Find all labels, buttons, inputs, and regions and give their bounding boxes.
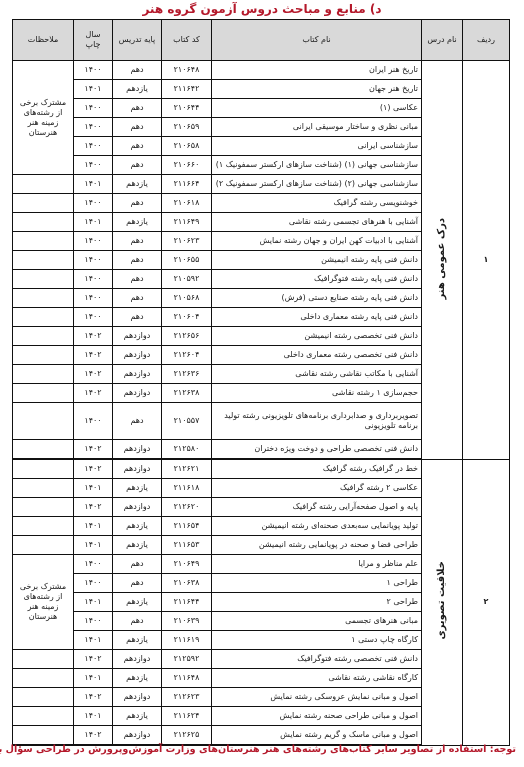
book-print-year: ۱۴۰۰: [74, 270, 113, 289]
book-code: ۲۱۰۶۵۵: [162, 251, 212, 270]
book-code: ۲۱۱۶۴۹: [162, 213, 212, 232]
book-print-year: ۱۴۰۲: [74, 384, 113, 403]
notes-cell-empty: [13, 346, 74, 365]
row-number: ۱: [463, 61, 510, 460]
book-print-year: ۱۴۰۰: [74, 289, 113, 308]
book-print-year: ۱۴۰۱: [74, 175, 113, 194]
book-grade: یازدهم: [113, 669, 162, 688]
book-print-year: ۱۴۰۱: [74, 517, 113, 536]
book-name: مبانی هنرهای تجسمی: [212, 612, 422, 631]
book-print-year: ۱۴۰۰: [74, 574, 113, 593]
notes-cell-empty: [13, 536, 74, 555]
book-print-year: ۱۴۰۰: [74, 308, 113, 327]
book-name: دانش فنی تخصصی رشته انیمیشن: [212, 327, 422, 346]
header-grade: پایه تدریس: [113, 20, 162, 61]
subject-name: خلاقیت تصویری: [437, 561, 447, 640]
book-grade: یازدهم: [113, 517, 162, 536]
book-print-year: ۱۴۰۱: [74, 669, 113, 688]
notes-cell-empty: [13, 650, 74, 669]
book-grade: دهم: [113, 156, 162, 175]
notes-cell-empty: [13, 669, 74, 688]
book-grade: دهم: [113, 555, 162, 574]
book-print-year: ۱۴۰۰: [74, 555, 113, 574]
table-body: ۱درک عمومی هنرتاریخ هنر ایران۲۱۰۶۴۸دهم۱۴…: [13, 61, 510, 746]
book-print-year: ۱۴۰۲: [74, 327, 113, 346]
notes-cell-empty: [13, 384, 74, 403]
book-name: اصول و مبانی طراحی صحنه رشته نمایش: [212, 707, 422, 726]
book-name: پایه و اصول صفحه‌آرایی رشته گرافیک: [212, 498, 422, 517]
book-name: علم مناظر و مرایا: [212, 555, 422, 574]
book-print-year: ۱۴۰۲: [74, 726, 113, 746]
book-grade: دهم: [113, 612, 162, 631]
book-print-year: ۱۴۰۰: [74, 612, 113, 631]
book-name: طراحی ۱: [212, 574, 422, 593]
notes-cell: مشترک برخی از رشته‌های زمینه هنر هنرستان: [13, 555, 74, 650]
book-code: ۲۱۱۶۴۴: [162, 593, 212, 612]
book-print-year: ۱۴۰۰: [74, 232, 113, 251]
notes-cell-empty: [13, 194, 74, 213]
book-grade: دهم: [113, 194, 162, 213]
book-grade: دوازدهم: [113, 365, 162, 384]
book-print-year: ۱۴۰۲: [74, 459, 113, 479]
book-print-year: ۱۴۰۰: [74, 156, 113, 175]
book-grade: دهم: [113, 574, 162, 593]
book-name: طراحی ۲: [212, 593, 422, 612]
book-code: ۲۱۰۶۰۴: [162, 308, 212, 327]
book-code: ۲۱۰۵۹۲: [162, 270, 212, 289]
book-code: ۲۱۲۶۲۰: [162, 498, 212, 517]
book-print-year: ۱۴۰۲: [74, 346, 113, 365]
book-print-year: ۱۴۰۰: [74, 403, 113, 440]
notes-cell-empty: [13, 270, 74, 289]
book-code: ۲۱۲۶۳۶: [162, 365, 212, 384]
notes-cell-empty: [13, 251, 74, 270]
book-grade: دهم: [113, 289, 162, 308]
book-grade: دهم: [113, 232, 162, 251]
book-code: ۲۱۲۶۵۶: [162, 327, 212, 346]
book-code: ۲۱۲۶۰۴: [162, 346, 212, 365]
book-print-year: ۱۴۰۲: [74, 365, 113, 384]
book-grade: دهم: [113, 99, 162, 118]
notes-cell-empty: [13, 459, 74, 479]
book-code: ۲۱۱۶۲۴: [162, 707, 212, 726]
row-number: ۲: [463, 459, 510, 745]
book-grade: یازدهم: [113, 707, 162, 726]
book-grade: یازدهم: [113, 631, 162, 650]
table-row: ۲خلاقیت تصویریخط در گرافیک رشته گرافیک۲۱…: [13, 459, 510, 479]
book-print-year: ۱۴۰۱: [74, 707, 113, 726]
book-grade: دهم: [113, 137, 162, 156]
notes-cell-empty: [13, 213, 74, 232]
book-code: ۲۱۰۶۵۹: [162, 118, 212, 137]
book-grade: دوازدهم: [113, 726, 162, 746]
book-code: ۲۱۰۶۳۹: [162, 612, 212, 631]
header-book-name: نام کتاب: [212, 20, 422, 61]
book-name: تاریخ هنر جهان: [212, 80, 422, 99]
notes-cell-empty: [13, 232, 74, 251]
book-code: ۲۱۱۶۵۴: [162, 517, 212, 536]
notes-cell-empty: [13, 707, 74, 726]
art-exam-sources-table: ردیف نام درس نام کتاب کد کتاب پایه تدریس…: [12, 19, 510, 746]
book-name: تاریخ هنر ایران: [212, 61, 422, 80]
book-code: ۲۱۲۶۳۸: [162, 384, 212, 403]
book-print-year: ۱۴۰۲: [74, 688, 113, 707]
book-grade: یازدهم: [113, 593, 162, 612]
book-grade: دوازدهم: [113, 459, 162, 479]
book-grade: دهم: [113, 251, 162, 270]
book-grade: دهم: [113, 61, 162, 80]
notes-cell-empty: [13, 479, 74, 498]
book-grade: دوازدهم: [113, 346, 162, 365]
book-name: کارگاه چاپ دستی ۱: [212, 631, 422, 650]
book-name: تصویربرداری و صدابرداری برنامه‌های تلویز…: [212, 403, 422, 440]
book-name: طراحی فضا و صحنه در پویانمایی رشته انیمی…: [212, 536, 422, 555]
book-code: ۲۱۲۵۸۰: [162, 440, 212, 460]
book-grade: دوازدهم: [113, 688, 162, 707]
book-grade: دهم: [113, 270, 162, 289]
book-name: خط در گرافیک رشته گرافیک: [212, 459, 422, 479]
book-code: ۲۱۰۶۴۸: [162, 61, 212, 80]
notes-cell-empty: [13, 327, 74, 346]
book-print-year: ۱۴۰۱: [74, 479, 113, 498]
subject-name: درک عمومی هنر: [437, 218, 447, 299]
header-book-code: کد کتاب: [162, 20, 212, 61]
book-print-year: ۱۴۰۱: [74, 80, 113, 99]
book-print-year: ۱۴۰۰: [74, 99, 113, 118]
book-grade: دوازدهم: [113, 327, 162, 346]
book-grade: دوازدهم: [113, 498, 162, 517]
book-name: اصول و مبانی نمایش عروسکی رشته نمایش: [212, 688, 422, 707]
notes-cell-empty: [13, 175, 74, 194]
table-row: ۱درک عمومی هنرتاریخ هنر ایران۲۱۰۶۴۸دهم۱۴…: [13, 61, 510, 80]
book-grade: یازدهم: [113, 80, 162, 99]
book-grade: یازدهم: [113, 536, 162, 555]
book-name: اصول و مبانی ماسک و گریم رشته نمایش: [212, 726, 422, 746]
header-notes: ملاحظات: [13, 20, 74, 61]
book-code: ۲۱۲۶۲۳: [162, 688, 212, 707]
book-name: کارگاه نقاشی رشته نقاشی: [212, 669, 422, 688]
book-code: ۲۱۰۶۲۳: [162, 232, 212, 251]
book-grade: دوازدهم: [113, 440, 162, 460]
book-name: دانش فنی تخصصی رشته فتوگرافیک: [212, 650, 422, 669]
book-print-year: ۱۴۰۰: [74, 118, 113, 137]
book-print-year: ۱۴۰۲: [74, 650, 113, 669]
book-code: ۲۱۰۶۳۸: [162, 574, 212, 593]
book-name: دانش فنی تخصصی طراحی و دوخت ویژه دختران: [212, 440, 422, 460]
book-code: ۲۱۰۵۵۷: [162, 403, 212, 440]
book-print-year: ۱۴۰۰: [74, 251, 113, 270]
book-grade: دهم: [113, 308, 162, 327]
book-name: خوشنویسی رشته گرافیک: [212, 194, 422, 213]
book-grade: دوازدهم: [113, 650, 162, 669]
book-grade: یازدهم: [113, 479, 162, 498]
book-print-year: ۱۴۰۰: [74, 194, 113, 213]
book-name: دانش فنی تخصصی رشته معماری داخلی: [212, 346, 422, 365]
book-print-year: ۱۴۰۱: [74, 593, 113, 612]
book-name: مبانی نظری و ساختار موسیقی ایرانی: [212, 118, 422, 137]
book-print-year: ۱۴۰۱: [74, 536, 113, 555]
book-name: سازشناسی ایرانی: [212, 137, 422, 156]
notes-cell-empty: [13, 517, 74, 536]
book-name: دانش فنی پایه رشته صنایع دستی (فرش): [212, 289, 422, 308]
book-code: ۲۱۱۶۶۴: [162, 175, 212, 194]
notes-cell-empty: [13, 365, 74, 384]
book-grade: یازدهم: [113, 213, 162, 232]
book-code: ۲۱۱۶۱۸: [162, 479, 212, 498]
book-grade: دهم: [113, 403, 162, 440]
book-code: ۲۱۰۶۵۸: [162, 137, 212, 156]
book-name: تولید پویانمایی سه‌بعدی صحنه‌ای رشته انی…: [212, 517, 422, 536]
book-name: دانش فنی پایه رشته معماری داخلی: [212, 308, 422, 327]
notes-cell-empty: [13, 440, 74, 460]
book-code: ۲۱۲۶۲۵: [162, 726, 212, 746]
notes-cell-empty: [13, 308, 74, 327]
book-print-year: ۱۴۰۰: [74, 137, 113, 156]
book-code: ۲۱۰۶۴۴: [162, 99, 212, 118]
book-code: ۲۱۱۶۱۹: [162, 631, 212, 650]
header-print-year: سال چاپ: [74, 20, 113, 61]
book-print-year: ۱۴۰۱: [74, 213, 113, 232]
book-grade: دهم: [113, 118, 162, 137]
book-grade: یازدهم: [113, 175, 162, 194]
notes-cell-empty: [13, 289, 74, 308]
notes-cell-empty: [13, 688, 74, 707]
book-code: ۲۱۲۵۹۲: [162, 650, 212, 669]
book-name: آشنایی با ادبیات کهن ایران و جهان رشته ن…: [212, 232, 422, 251]
book-name: دانش فنی پایه رشته انیمیشن: [212, 251, 422, 270]
book-name: آشنایی با مکاتب نقاشی رشته نقاشی: [212, 365, 422, 384]
book-code: ۲۱۰۶۶۰: [162, 156, 212, 175]
book-name: عکاسی (۱): [212, 99, 422, 118]
footer-note: توجه: استفاده از تصاویر سایر کتاب‌های رش…: [0, 744, 516, 755]
book-name: آشنایی با هنرهای تجسمی رشته نقاشی: [212, 213, 422, 232]
book-print-year: ۱۴۰۰: [74, 61, 113, 80]
page-title: د) منابع و مباحث دروس آزمون گروه هنر: [0, 1, 524, 17]
header-subject: نام درس: [422, 20, 463, 61]
notes-cell: مشترک برخی از رشته‌های زمینه هنر هنرستان: [13, 61, 74, 175]
book-name: سازشناسی جهانی (۱) (شناخت سازهای ارکستر …: [212, 156, 422, 175]
notes-cell-empty: [13, 403, 74, 440]
header-row-number: ردیف: [463, 20, 510, 61]
book-code: ۲۱۱۶۵۳: [162, 536, 212, 555]
book-name: سازشناسی جهانی (۲) (شناخت سازهای ارکستر …: [212, 175, 422, 194]
subject-cell: خلاقیت تصویری: [422, 459, 463, 745]
book-code: ۲۱۰۵۶۸: [162, 289, 212, 308]
book-code: ۲۱۰۶۴۹: [162, 555, 212, 574]
book-print-year: ۱۴۰۲: [74, 498, 113, 517]
book-name: دانش فنی پایه رشته فتوگرافیک: [212, 270, 422, 289]
book-grade: دوازدهم: [113, 384, 162, 403]
notes-cell-empty: [13, 726, 74, 746]
book-name: حجم‌سازی ۱ رشته نقاشی: [212, 384, 422, 403]
header-row: ردیف نام درس نام کتاب کد کتاب پایه تدریس…: [13, 20, 510, 61]
subject-cell: درک عمومی هنر: [422, 61, 463, 460]
book-print-year: ۱۴۰۲: [74, 440, 113, 460]
book-name: عکاسی ۲ رشته گرافیک: [212, 479, 422, 498]
book-code: ۲۱۲۶۲۱: [162, 459, 212, 479]
book-code: ۲۱۱۶۴۸: [162, 669, 212, 688]
book-print-year: ۱۴۰۱: [74, 631, 113, 650]
notes-cell-empty: [13, 498, 74, 517]
book-code: ۲۱۰۶۱۸: [162, 194, 212, 213]
book-code: ۲۱۱۶۴۲: [162, 80, 212, 99]
